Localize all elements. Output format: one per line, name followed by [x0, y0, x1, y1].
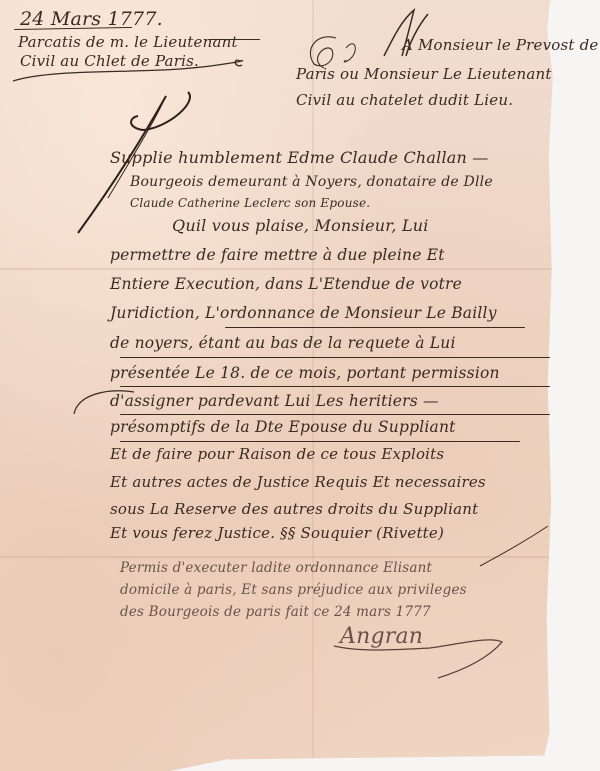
underline-stroke [120, 357, 550, 358]
petition-line: Supplie humblement Edme Claude Challan — [110, 148, 489, 167]
underline-stroke [225, 327, 525, 328]
address-line-1: A Monsieur le Prevost de [402, 36, 598, 54]
petition-line: Entiere Execution, dans L'Etendue de vot… [110, 275, 462, 293]
petition-line: Et de faire pour Raison de ce tous Explo… [110, 445, 444, 463]
petition-line: sous La Reserve des autres droits du Sup… [110, 500, 478, 518]
underline-stroke [120, 414, 550, 415]
decision-line: Permis d'executer ladite ordonnance Elis… [120, 560, 432, 576]
scanned-page: 24 Mars 1777. Parcatis de m. le Lieutena… [0, 0, 600, 771]
paper-fold-line [0, 268, 567, 270]
petition-line: présomptifs de la Dte Epouse du Supplian… [110, 418, 456, 436]
petition-line: Quil vous plaise, Monsieur, Lui [172, 216, 429, 235]
petition-line: présentée Le 18. de ce mois, portant per… [110, 364, 500, 382]
address-line-3: Civil au chatelet dudit Lieu. [296, 91, 513, 109]
petition-line: Claude Catherine Leclerc son Epouse. [130, 196, 370, 210]
address-line-1-text: A Monsieur le Prevost de [402, 36, 598, 54]
decision-line: domicile à paris, Et sans préjudice aux … [120, 582, 467, 598]
petition-line: Et vous ferez Justice. §§ Souquier (Rive… [110, 524, 444, 542]
petition-line: Juridiction, L'ordonnance de Monsieur Le… [110, 304, 497, 322]
petition-line: de noyers, étant au bas de la requete à … [110, 334, 456, 352]
judge-signature-flourish [330, 632, 510, 682]
docket-line-1: Parcatis de m. le Lieutenant [18, 33, 238, 51]
petition-line: d'assigner pardevant Lui Les heritiers — [110, 392, 439, 410]
underline-stroke [120, 386, 550, 387]
petition-line: permettre de faire mettre à due pleine E… [110, 246, 445, 264]
docket-rule [210, 39, 260, 40]
docket-flourish [10, 55, 250, 85]
underline-stroke [120, 441, 520, 442]
margin-bracket-flourish [68, 388, 138, 418]
decision-line: des Bourgeois de paris fait ce 24 mars 1… [120, 604, 431, 620]
petition-line: Et autres actes de Justice Requis Et nec… [110, 473, 486, 491]
petition-line: Bourgeois demeurant à Noyers, donataire … [130, 174, 493, 190]
signature-flourish [470, 522, 550, 572]
address-line-2: Paris ou Monsieur Le Lieutenant [296, 65, 552, 83]
